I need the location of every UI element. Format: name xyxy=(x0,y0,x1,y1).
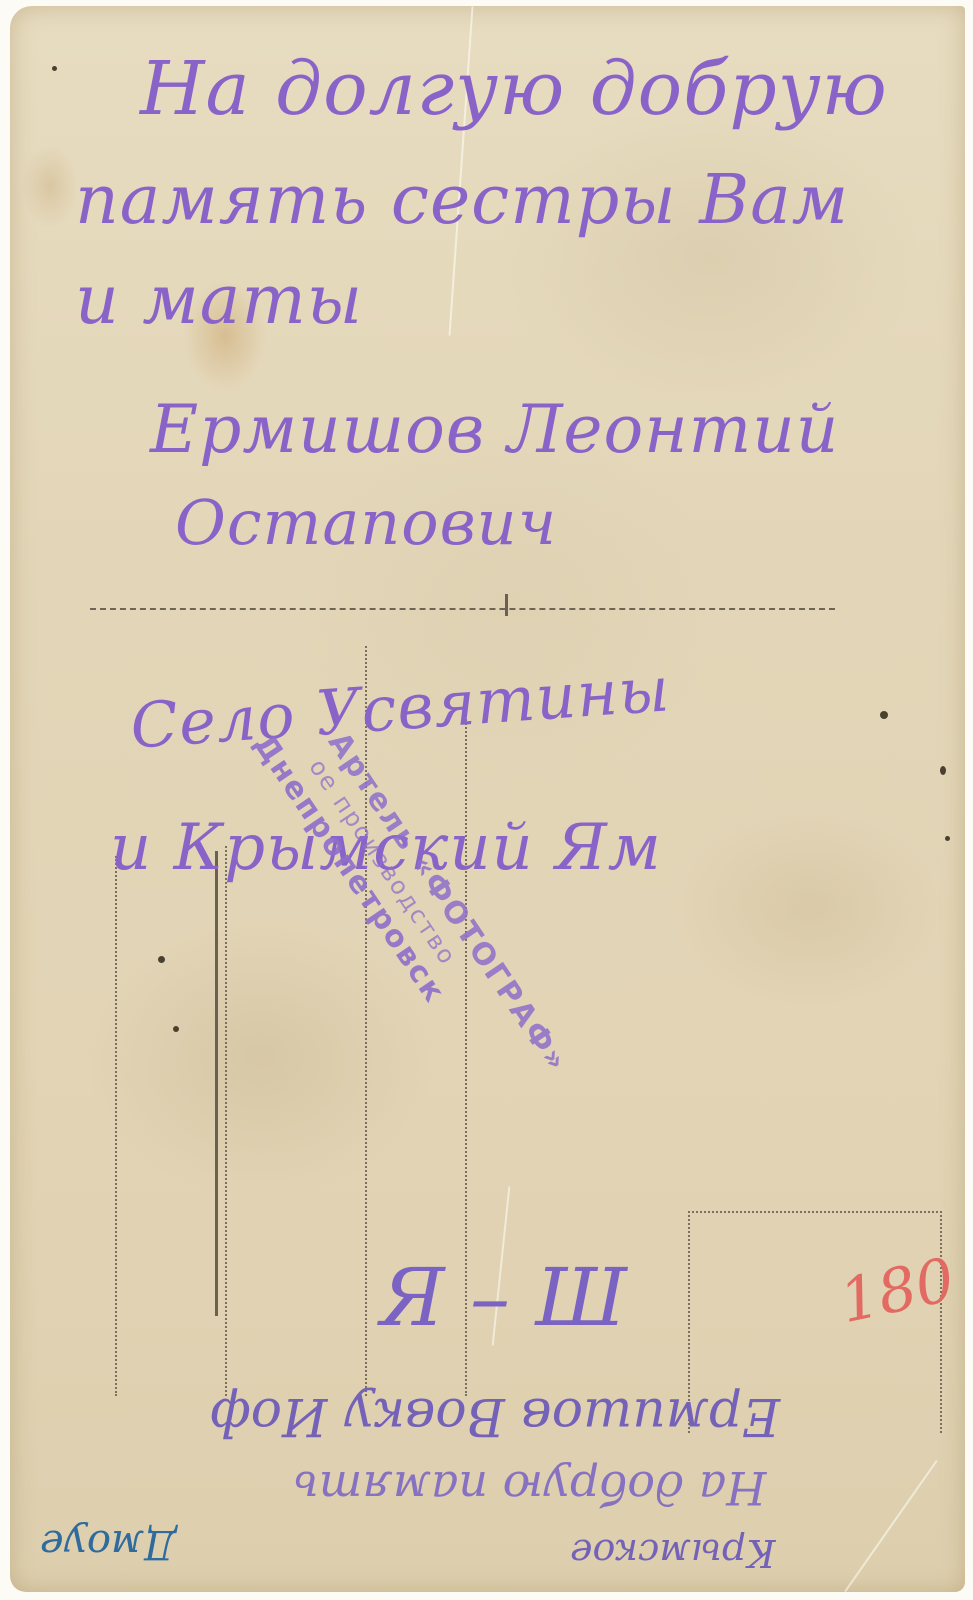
divider-tick xyxy=(505,594,508,616)
spot xyxy=(880,711,888,719)
signature-line-2: Остапович xyxy=(175,486,557,559)
upside-down-line-3: Дмоуе xyxy=(40,1521,177,1567)
dotted-guide xyxy=(225,846,227,1396)
archive-code: Я – Ш xyxy=(380,1251,627,1344)
center-divider xyxy=(215,851,218,1316)
address-line-1: Село Усвятины xyxy=(128,652,672,763)
photographer-stamp: Артель «ФОТОГРАФ» ое производство Днепро… xyxy=(269,726,585,1129)
spot xyxy=(945,836,950,841)
divider-line xyxy=(90,608,835,610)
spot xyxy=(940,766,946,775)
spot xyxy=(52,66,57,71)
upside-down-line-2: На добрую память xyxy=(130,1461,930,1515)
message-line-2: память сестры Вам xyxy=(75,161,849,240)
stamp-line-2: ое производство xyxy=(303,754,555,1110)
spot xyxy=(173,1026,179,1032)
dotted-guide xyxy=(115,856,117,1396)
upside-down-line-1: Ермишов Вовку Иоф xyxy=(25,1386,965,1446)
postcard-back: На долгую добрую память сестры Вам и мат… xyxy=(10,6,965,1592)
spot xyxy=(158,956,165,963)
signature-line-1: Ермишов Леонтий xyxy=(150,391,839,468)
message-line-1: На долгую добрую xyxy=(140,46,888,132)
upside-down-line-4: Крымское xyxy=(570,1531,776,1575)
message-line-3: и маты xyxy=(75,261,363,340)
